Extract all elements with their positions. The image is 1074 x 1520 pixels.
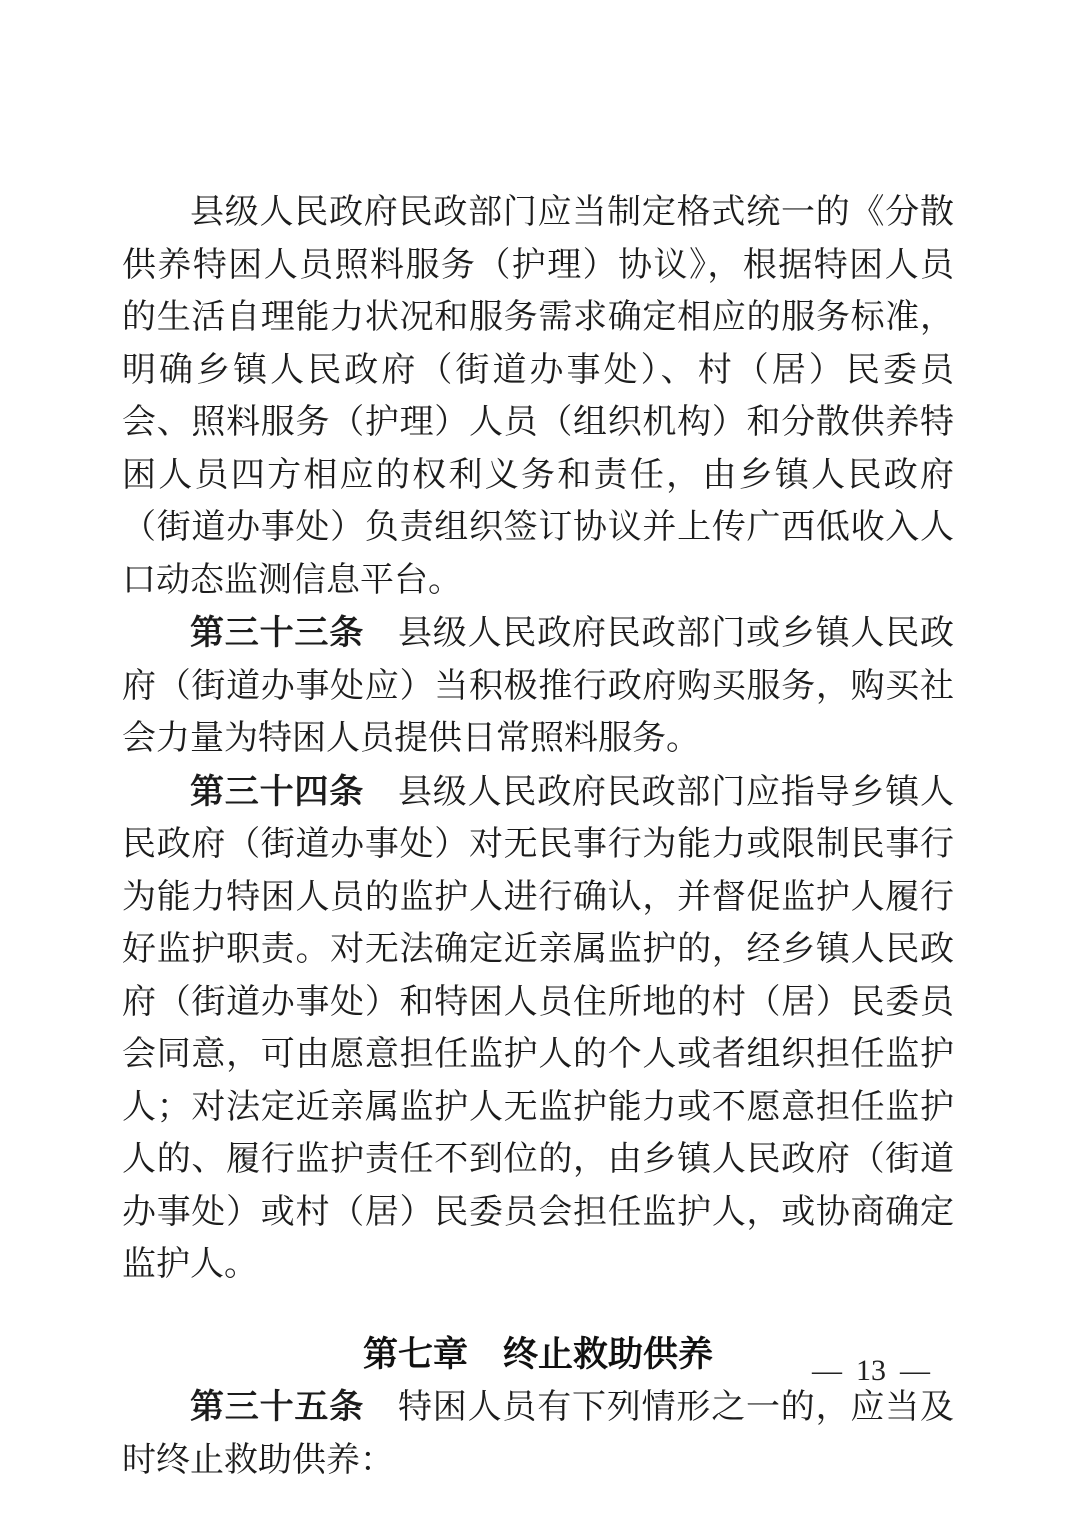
page-number-footer: —13— — [812, 1352, 930, 1390]
article-33-number: 第三十三条 — [190, 614, 364, 652]
paragraph-article-33: 第三十三条县级人民政府民政部门或乡镇人民政府（街道办事处应）当积极推行政府购买服… — [122, 607, 954, 766]
document-page: 县级人民政府民政部门应当制定格式统一的《分散供养特困人员照料服务（护理）协议》，… — [0, 0, 1074, 1520]
document-body: 县级人民政府民政部门应当制定格式统一的《分散供养特困人员照料服务（护理）协议》，… — [122, 187, 954, 1487]
article-35-number: 第三十五条 — [190, 1388, 364, 1426]
article-34-text: 县级人民政府民政部门应指导乡镇人民政府（街道办事处）对无民事行为能力或限制民事行… — [122, 774, 954, 1284]
chapter-title: 终止救助供养 — [503, 1335, 713, 1374]
paragraph-article-34: 第三十四条县级人民政府民政部门应指导乡镇人民政府（街道办事处）对无民事行为能力或… — [122, 766, 954, 1292]
paragraph-intro-text: 县级人民政府民政部门应当制定格式统一的《分散供养特困人员照料服务（护理）协议》，… — [122, 194, 954, 599]
paragraph-article-35: 第三十五条特困人员有下列情形之一的，应当及时终止救助供养： — [122, 1381, 954, 1487]
footer-dash-left: — — [812, 1354, 842, 1387]
chapter-number: 第七章 — [363, 1335, 468, 1374]
article-34-number: 第三十四条 — [190, 773, 364, 811]
footer-dash-right: — — [900, 1354, 930, 1387]
page-number: 13 — [856, 1354, 886, 1387]
paragraph-intro: 县级人民政府民政部门应当制定格式统一的《分散供养特困人员照料服务（护理）协议》，… — [122, 187, 954, 607]
